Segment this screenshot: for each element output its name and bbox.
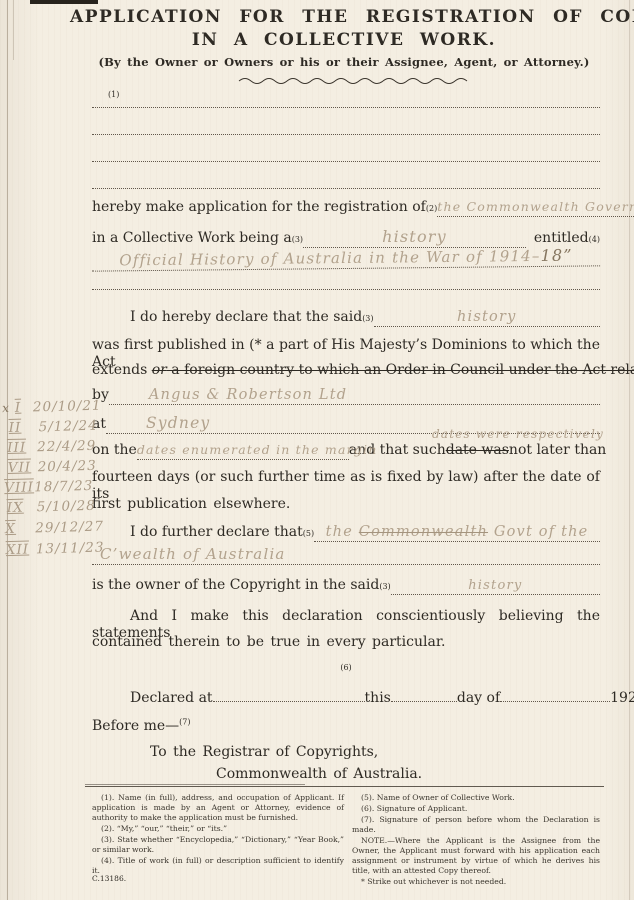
form-line-before-me: Before me—(7) [92, 718, 191, 735]
form-line-collective-work: in a Collective Work being a(3) history … [92, 227, 600, 248]
form-line-work-title: Official History of Australia in the War… [92, 248, 600, 268]
margin-note-row: II 5/12/24 [8, 418, 90, 436]
footnote-item: (7). Signature of person before whom the… [352, 815, 600, 835]
margin-note-row: IX 5/10/28 [7, 498, 93, 516]
signature-footnote-ref: (6) [92, 663, 600, 673]
handwritten-correction: dates were respectively [432, 427, 604, 441]
printed-text: I do further declare that [130, 524, 303, 541]
form-line-declare2: I do further declare that(5) the Commonw… [92, 524, 600, 542]
printed-text: is the owner of the Copyright in the sai… [92, 577, 379, 594]
margin-note-numeral: X [5, 521, 29, 538]
handwritten-owner-lead: the [326, 524, 359, 540]
applicant-blank-line [92, 107, 600, 108]
applicant-blank-line [92, 188, 600, 189]
printed-text: this [365, 690, 391, 707]
form-line-by: by Angus & Robertson Ltd [92, 387, 600, 405]
blank-line [92, 289, 600, 290]
margin-note-date: 5/10/28 [37, 498, 96, 516]
printed-text: not later than [509, 442, 606, 459]
handwritten-publisher: Angus & Robertson Ltd [149, 387, 347, 403]
footnote-item: (3). State whether “Encyclopedia,” “Dict… [92, 835, 344, 855]
margin-note-row: III 22/4/29 [7, 438, 91, 456]
printed-text: extends [92, 362, 152, 378]
margin-note-row: X 29/12/27 [5, 519, 93, 537]
margin-note-date: 20/10/21 [33, 398, 102, 416]
footnote-item: (1). Name (in full), address, and occupa… [92, 793, 344, 823]
form-line-registrar1: To the Registrar of Copyrights, [150, 744, 378, 761]
margin-note-date: 18/7/23 [34, 478, 93, 496]
printed-text: 192 [610, 690, 634, 707]
fill-in-field [213, 701, 365, 702]
form-title-line2: IN A COLLECTIVE WORK. [70, 30, 618, 50]
handwritten-owner-tail: Govt of the [488, 524, 588, 540]
fill-in-field: the Commonwealth Govt of the [314, 524, 600, 542]
fill-in-field: history [303, 227, 526, 248]
fill-in-field [500, 701, 610, 702]
margin-note-numeral: II [8, 419, 32, 436]
margin-notes: x I 20/10/21 II 5/12/24 III 22/4/29 VII … [2, 398, 94, 558]
printed-text: Before me— [92, 718, 179, 734]
fill-in-field: history [374, 309, 600, 327]
handwritten-place: Sydney [146, 414, 210, 432]
page-left-edge-2 [13, 0, 14, 60]
form-line-registrar2: Commonwealth of Australia. [216, 766, 422, 783]
struck-date-was: date was [446, 442, 509, 459]
margin-note-numeral: XII [6, 542, 30, 559]
fill-in-field: C’wealth of Australia [92, 545, 600, 565]
fill-in-field: the Commonwealth Government’s [437, 199, 634, 217]
form-title-line1: APPLICATION FOR THE REGISTRATION OF COPY… [70, 7, 618, 27]
handwritten-work-title-end: 18” [540, 246, 572, 265]
wavy-divider-icon [237, 70, 469, 89]
footnote-item: (4). Title of work (in full) or descript… [92, 856, 344, 876]
fill-in-field: Angus & Robertson Ltd [109, 387, 600, 405]
margin-note-row: VIII 18/7/23 [4, 478, 92, 496]
footnote-item: * Strike out whichever is not needed. [352, 877, 600, 887]
printed-text: in a Collective Work being a [92, 230, 292, 247]
footnote-item: (5). Name of Owner of Collective Work. [352, 793, 600, 803]
printed-text: entitled [526, 230, 589, 247]
footnote-ref: (7) [179, 717, 190, 726]
margin-note-row: VII 20/4/23 [8, 458, 92, 476]
margin-note-numeral: IX [7, 499, 31, 516]
fill-in-field: dates enumerated in the margin [137, 442, 349, 460]
margin-note-numeral: VIII [4, 480, 28, 497]
printed-text: on the [92, 442, 137, 459]
printed-text: Declared at [130, 690, 213, 707]
margin-note-row: x I 20/10/21 [2, 398, 90, 416]
applicant-blank-line [92, 134, 600, 135]
printed-text: hereby make application for the registra… [92, 199, 426, 216]
margin-note-mark: x [2, 401, 9, 415]
footnote-item: NOTE.—Where the Applicant is the Assigne… [352, 836, 600, 876]
margin-note-date: 29/12/27 [35, 519, 104, 537]
footnote-divider [85, 786, 604, 787]
footnotes-left-column: (1). Name (in full), address, and occupa… [92, 793, 344, 877]
footnote-item: (2). “My,” “our,” “their,” or “its.” [92, 824, 344, 834]
margin-note-date: 13/11/23 [36, 540, 105, 558]
printed-text: day of [457, 690, 500, 707]
margin-note-numeral: I [15, 400, 27, 416]
form-line-declare1: I do hereby declare that the said(3) his… [92, 309, 600, 327]
form-line-registration: hereby make application for the registra… [92, 199, 600, 217]
handwritten-work-title: Official History of Australia in the War… [119, 247, 540, 269]
torn-edge-mark [30, 0, 98, 4]
margin-note-numeral: VII [8, 459, 32, 476]
form-subtitle: (By the Owner or Owners or his or their … [70, 56, 618, 70]
page-right-edge [629, 0, 630, 900]
form-line-owner: is the owner of the Copyright in the sai… [92, 577, 600, 595]
form-line-on-date: on the dates enumerated in the margin an… [92, 442, 600, 460]
document-page: APPLICATION FOR THE REGISTRATION OF COPY… [0, 0, 634, 900]
margin-note-row: XII 13/11/23 [6, 540, 94, 558]
handwritten-work-type: history [382, 227, 447, 246]
fill-in-field: history [391, 577, 600, 595]
margin-note-numeral: III [7, 439, 31, 456]
handwritten-work-type: history [457, 309, 517, 325]
handwritten-work-type: history [468, 578, 522, 593]
struck-or: or [152, 362, 167, 378]
handwritten-owner-line2: C’wealth of Australia [100, 545, 286, 563]
footnote-item: (6). Signature of Applicant. [352, 804, 600, 814]
margin-note-date: 22/4/29 [37, 438, 96, 456]
fill-in-field [391, 701, 457, 702]
form-line-declare2-continued: C’wealth of Australia [92, 545, 600, 565]
form-line-conscientious2: contained therein to be true in every pa… [92, 634, 600, 651]
margin-note-date: 5/12/24 [38, 418, 97, 436]
form-line-published2: extends or a foreign country to which an… [92, 362, 600, 379]
fill-in-field: Official History of Australia in the War… [92, 245, 600, 271]
form-line-declared-at: Declared at this day of 192 [92, 690, 600, 707]
applicant-blank-line [92, 161, 600, 162]
form-line-first-publication: first publication elsewhere. [92, 496, 600, 513]
footnote-divider-2 [85, 784, 305, 785]
handwritten-dates-note: dates enumerated in the margin [137, 442, 378, 457]
footnotes-right-column: (5). Name of Owner of Collective Work. (… [352, 793, 600, 888]
form-number: C.13186. [92, 874, 126, 883]
margin-note-date: 20/4/23 [38, 458, 97, 476]
handwritten-owner-struck: Commonwealth [359, 524, 488, 540]
printed-text: I do hereby declare that the said [130, 309, 362, 326]
struck-clause: a foreign country to which an Order in C… [167, 362, 634, 378]
handwritten-owner: the Commonwealth Government’s [437, 199, 634, 214]
